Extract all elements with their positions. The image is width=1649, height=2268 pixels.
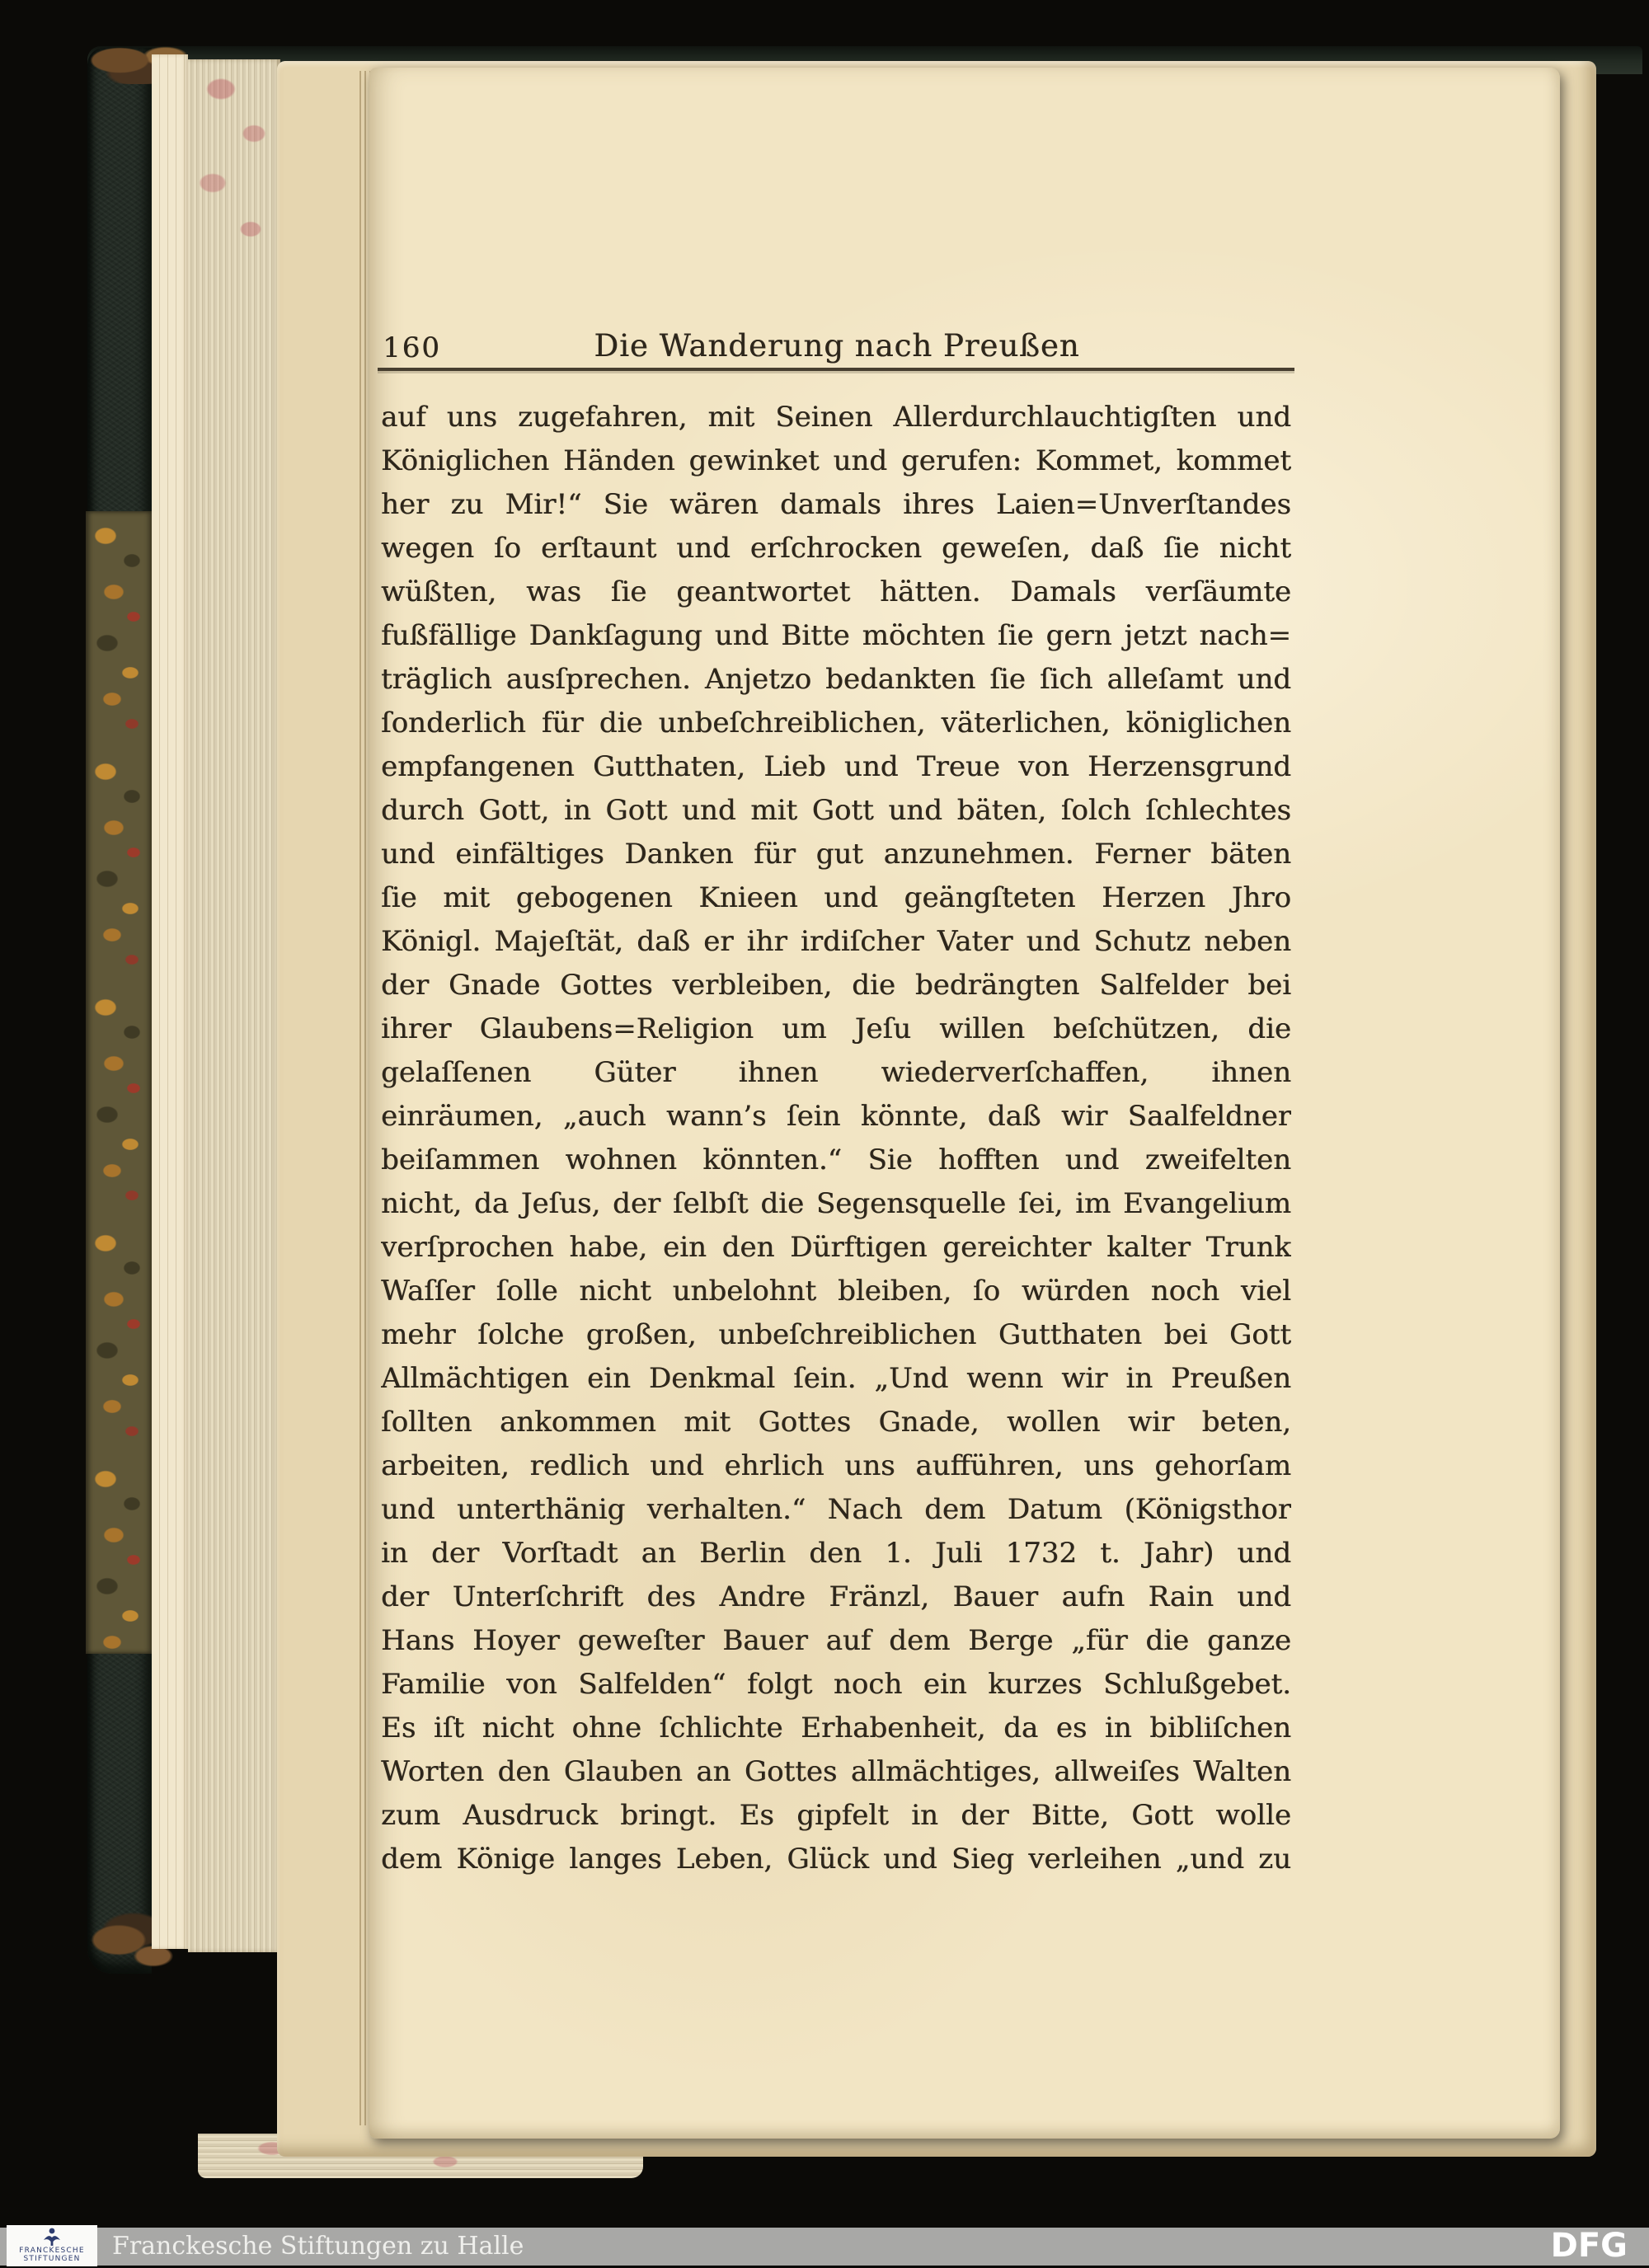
text-line: Es iſt nicht ohne ſchlichte Erhabenheit,… — [381, 1707, 1291, 1750]
marbled-board-edge — [86, 511, 152, 1654]
page-block-fore-edge — [188, 59, 280, 1952]
institution-label: Franckesche Stiftungen zu Halle — [112, 2228, 524, 2266]
text-line: und unterthänig verhalten.“ Nach dem Dat… — [381, 1488, 1291, 1532]
text-line: dem Könige langes Leben, Glück und Sieg … — [381, 1838, 1291, 1881]
running-head: 160 Die Wanderung nach Preußen — [381, 328, 1293, 366]
text-line: durch Gott, in Gott und mit Gott und bät… — [381, 789, 1291, 833]
running-title: Die Wanderung nach Preußen — [381, 328, 1293, 364]
text-line: Familie von Salfelden“ folgt noch ein ku… — [381, 1663, 1291, 1707]
scanned-book-page: 160 Die Wanderung nach Preußen auf uns z… — [0, 0, 1649, 2268]
text-line: ihrer Glaubens=Religion um Jeſu willen b… — [381, 1007, 1291, 1051]
dfg-logo: DFG — [1551, 2228, 1628, 2266]
text-line: Waſſer ſolle nicht unbelohnt bleiben, ſo… — [381, 1270, 1291, 1313]
logo-text-line1: FRANCKESCHE — [19, 2247, 84, 2255]
text-line: der Gnade Gottes verbleiben, die bedräng… — [381, 964, 1291, 1007]
franckesche-logo: FRANCKESCHE STIFTUNGEN — [7, 2225, 97, 2266]
text-line: auf uns zugefahren, mit Seinen Allerdurc… — [381, 396, 1291, 439]
text-line: der Unterſchrift des Andre Fränzl, Bauer… — [381, 1575, 1291, 1619]
body-text: auf uns zugefahren, mit Seinen Allerdurc… — [381, 396, 1291, 1881]
text-line: ſollten ankommen mit Gottes Gnade, wolle… — [381, 1401, 1291, 1444]
text-line: in der Vorſtadt an Berlin den 1. Juli 17… — [381, 1532, 1291, 1575]
text-line: Allmächtigen ein Denkmal ſein. „Und wenn… — [381, 1357, 1291, 1401]
text-line: träglich ausſprechen. Anjetzo bedankten … — [381, 658, 1291, 702]
text-line: her zu Mir!“ Sie wären damals ihres Laie… — [381, 483, 1291, 527]
header-rule — [378, 368, 1294, 371]
text-line: empfangenen Gutthaten, Lieb und Treue vo… — [381, 745, 1291, 789]
text-line: beiſammen wohnen könnten.“ Sie hofften u… — [381, 1139, 1291, 1182]
text-line: und einfältiges Danken für gut anzunehme… — [381, 833, 1291, 876]
text-line: mehr ſolche großen, unbeſchreiblichen Gu… — [381, 1313, 1291, 1357]
text-line: einräumen, „auch wann’s ſein könnte, daß… — [381, 1095, 1291, 1139]
text-line: wegen ſo erſtaunt und erſchrocken geweſe… — [381, 527, 1291, 571]
text-line: ſonderlich für die unbeſchreiblichen, vä… — [381, 702, 1291, 745]
text-line: fußfällige Dankſagung und Bitte möchten … — [381, 614, 1291, 658]
logo-text-line2: STIFTUNGEN — [23, 2255, 80, 2263]
text-line: Königlichen Händen gewinket und gerufen:… — [381, 439, 1291, 483]
text-line: arbeiten, redlich und ehrlich uns auffüh… — [381, 1444, 1291, 1488]
text-line: zum Ausdruck bringt. Es gipfelt in der B… — [381, 1794, 1291, 1838]
text-line: Königl. Majeſtät, daß er ihr irdiſcher V… — [381, 920, 1291, 964]
text-line: Hans Hoyer geweſter Bauer auf dem Berge … — [381, 1619, 1291, 1663]
page-edge-strip — [152, 54, 188, 1949]
text-line: Worten den Glauben an Gottes allmächtige… — [381, 1750, 1291, 1794]
text-line: verſprochen habe, ein den Dürftigen gere… — [381, 1226, 1291, 1270]
text-line: ſie mit gebogenen Knieen und geängſteten… — [381, 876, 1291, 920]
text-line: wüßten, was ſie geantwortet hätten. Dama… — [381, 571, 1291, 614]
franckesche-eagle-sun-icon — [41, 2227, 63, 2247]
text-line: gelaſſenen Güter ihnen wiederverſchaffen… — [381, 1051, 1291, 1095]
text-line: nicht, da Jeſus, der ſelbſt die Segensqu… — [381, 1182, 1291, 1226]
